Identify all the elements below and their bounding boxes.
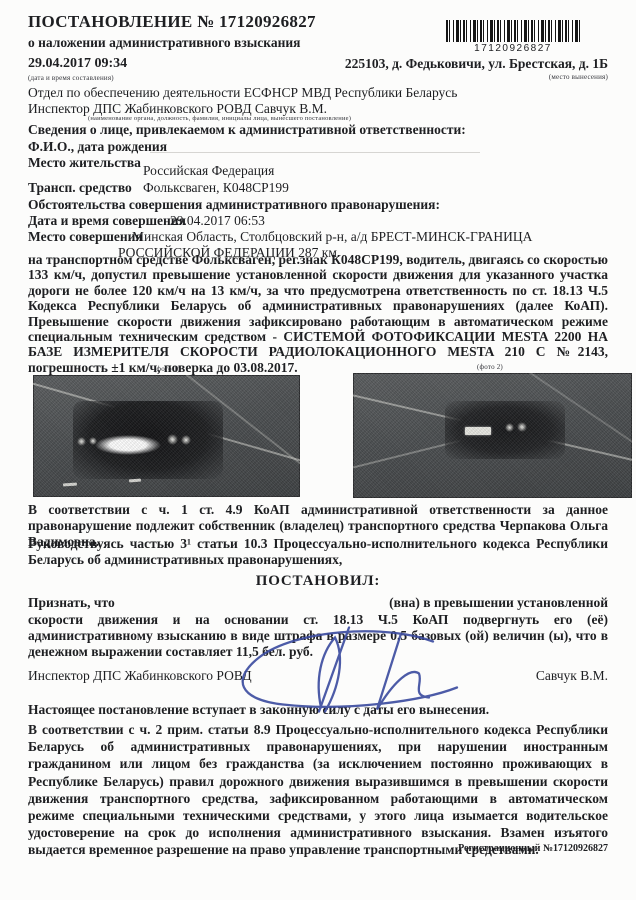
registration-number: Регистрационный №17120926827 [458,843,608,854]
issue-place-address: 225103, д. Федьковичи, ул. Брестская, д.… [288,56,608,72]
offense-datetime-label: Дата и время совершения [28,213,186,229]
offense-place-label: Место совершения [28,229,143,245]
headlight-glare [95,435,161,455]
photo-2-caption: (фото 2) [450,363,530,371]
person-section-title: Сведения о лице, привлекаемом к админист… [28,122,466,138]
composed-datetime-note: (дата и время составления) [28,74,114,82]
issue-place-note: (место вынесения) [549,73,608,81]
lane-marking [33,381,300,468]
fio-label: Ф.И.О., дата рождения [28,139,167,155]
liability-paragraph-2: Руководствуясь частью 3¹ статьи 10.3 Про… [28,536,608,568]
violation-photo-rear [353,373,632,498]
lane-marking [353,393,632,462]
guilty-suffix: (вна) в превышении установленной [389,595,608,611]
lane-marking [182,375,300,490]
handwritten-signature [225,626,460,714]
inspector-signature-label: Инспектор ДПС Жабинковского РОВД [28,668,252,684]
issuing-department: Отдел по обеспечению деятельности ЕСФНСР… [28,85,457,101]
taillight-dot [505,423,514,432]
violation-photo-front [33,375,300,497]
vehicle-label: Трансп. средство [28,180,132,196]
offense-section-title: Обстоятельства совершения административн… [28,197,440,213]
lane-marking [353,425,518,470]
road-dash [129,479,141,483]
headlight-dot [89,437,97,445]
offense-datetime-value: 29.04.2017 06:53 [170,213,265,229]
lane-marking [522,373,632,458]
resolution-heading: ПОСТАНОВИЛ: [28,573,608,590]
footer-note-paragraph: В соответствии с ч. 2 прим. статьи 8.9 П… [28,721,608,859]
document-title: ПОСТАНОВЛЕНИЕ № 17120926827 [28,12,316,32]
offense-place-line1: Минская Область, Столбцовский р-н, а/д Б… [132,229,532,245]
document-subtitle: о наложении административного взыскания [28,35,300,51]
vehicle-value: Фольксваген, К048СР199 [143,180,289,196]
composed-datetime: 29.04.2017 09:34 [28,56,127,72]
fio-blank-line [150,152,480,153]
inspector-name: Савчук В.М. [536,668,608,684]
license-plate [465,427,491,435]
offense-description: на транспортном средстве Фольксваген, ре… [28,252,608,375]
photo-1-caption: (фото 1) [127,365,207,373]
decree-document-page: ПОСТАНОВЛЕНИЕ № 17120926827 о наложении … [0,0,636,900]
recognize-label: Признать, что [28,595,115,611]
headlight-dot [167,434,178,445]
headlight-dot [181,435,191,445]
road-dash [63,483,77,487]
vehicle-silhouette-front [73,401,223,479]
citizenship-value: Российская Федерация [143,163,274,179]
residence-label: Место жительства [28,155,141,171]
vehicle-silhouette-rear [445,401,565,459]
barcode-number: 17120926827 [445,43,581,54]
headlight-dot [77,437,86,446]
taillight-dot [517,422,527,432]
issuing-inspector-note: (наименование органа, должность, фамилия… [88,115,351,122]
barcode [446,20,580,42]
barcode-block: 17120926827 [445,20,581,54]
recognize-row: Признать, что (вна) в превышении установ… [28,595,608,611]
